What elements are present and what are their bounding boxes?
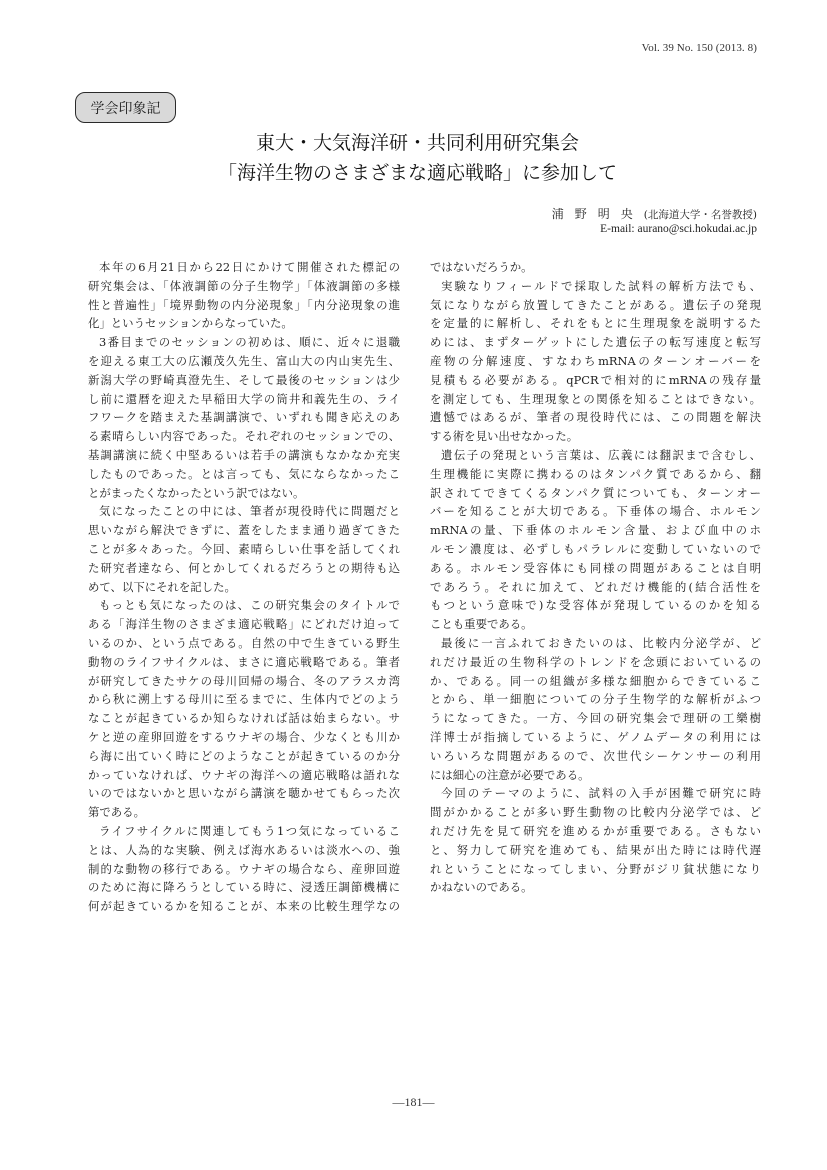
body-text-line: 基調講演に続く中堅あるいは若手の講演もなかなか充実 (88, 446, 400, 465)
body-text-line: 産物の分解速度、すなわちmRNAのターンオーバーを (430, 352, 761, 371)
body-text-line: ではないだろうか。 (430, 258, 761, 277)
body-text-line: ことが多々あった。今回、素晴らしい仕事を話してくれ (88, 540, 400, 559)
body-text-line: 研究集会は、「体液調節の分子生物学」「体液調節の多様 (88, 277, 400, 296)
body-text-line: 気になりながら放置してきたことがある。遺伝子の発現 (430, 296, 761, 315)
body-text-line: 今回のテーマのように、試料の入手が困難で研究に時 (430, 784, 761, 803)
body-text-line: 何が起きているかを知ることが、本来の比較生理学なの (88, 897, 400, 916)
body-text-line: うになってきた。一方、今回の研究集会で理研の工樂樹 (430, 709, 761, 728)
body-text-line: し前に還暦を迎えた早稲田大学の筒井和義先生の、ライ (88, 390, 400, 409)
body-text-line: れということになってしまい、分野がジリ貧状態になり (430, 860, 761, 879)
body-text-line: とがまったくなかったという訳ではない。 (88, 484, 400, 503)
body-text-line: ルモン濃度は、必ずしもパラレルに変動していないので (430, 540, 761, 559)
body-text-line: めには、まずターゲットにした遺伝子の転写速度と転写 (430, 333, 761, 352)
body-text-line: 制的な動物の移行である。ウナギの場合なら、産卵回遊 (88, 860, 400, 879)
body-text-line: いのではないかと思いながら講演を聴かせてもらった次 (88, 784, 400, 803)
body-text-line: ある「海洋生物のさまざま適応戦略」にどれだけ迫って (88, 615, 400, 634)
body-text-line: れだけ最近の生物科学のトレンドを念頭においているの (430, 653, 761, 672)
body-left-column: 本年の6月21日から22日にかけて開催された標記の研究集会は、「体液調節の分子生… (88, 258, 400, 916)
body-text-line: 気になったことの中には、筆者が現役時代に問題だと (88, 502, 400, 521)
body-text-line: れだけ先を見て研究を進めるかが重要である。さもない (430, 822, 761, 841)
body-right-column: ではないだろうか。実験なりフィールドで採取した試料の解析方法でも、気になりながら… (430, 258, 761, 897)
body-text-line: したものであった。とは言っても、気にならなかったこ (88, 465, 400, 484)
body-text-line: を迎える東工大の広瀬茂久先生、富山大の内山実先生、 (88, 352, 400, 371)
body-text-line: と、努力して研究を進めても、結果が出た時には時代遅 (430, 841, 761, 860)
body-text-line: いるのか、という点である。自然の中で生きている野生 (88, 634, 400, 653)
body-text-line: 実験なりフィールドで採取した試料の解析方法でも、 (430, 277, 761, 296)
body-text-line: 間がかかることが多い野生動物の比較内分泌学では、ど (430, 803, 761, 822)
body-text-line: 遺伝子の発現という言葉は、広義には翻訳まで含むし、 (430, 446, 761, 465)
category-badge-label: 学会印象記 (91, 98, 161, 118)
body-text-line: ケと逆の産卵回遊をするウナギの場合、少なくとも川か (88, 728, 400, 747)
body-text-line: とから、単一細胞についての分子生物学的な解析がふつ (430, 690, 761, 709)
body-text-line: か、である。同一の組織が多様な細胞からできているこ (430, 672, 761, 691)
body-text-line: 動物のライフサイクルは、まさに適応戦略である。筆者 (88, 653, 400, 672)
author-email: E-mail: aurano@sci.hokudai.ac.jp (600, 223, 757, 235)
body-text-line: もつという意味で)な受容体が発現しているのかを知る (430, 596, 761, 615)
body-text-line: る素晴らしい内容であった。それぞれのセッションでの、 (88, 427, 400, 446)
body-text-line: には細心の注意が必要である。 (430, 766, 761, 785)
body-text-line: ライフサイクルに関連してもう1つ気になっているこ (88, 822, 400, 841)
body-text-line: いろいろな問題があるので、次世代シーケンサーの利用 (430, 747, 761, 766)
body-text-line: する術を見い出せなかった。 (430, 427, 761, 446)
body-text-line: 新潟大学の野崎真澄先生、そして最後のセッションは少 (88, 371, 400, 390)
body-text-line: ら海に出ていく時にどのようなことが起きているのか分 (88, 747, 400, 766)
body-text-line: を定量的に解析し、それをもとに生理現象を説明するた (430, 314, 761, 333)
body-text-line: から秋に溯上する母川に至るまでに、生体内でどのよう (88, 690, 400, 709)
author-name: 浦野明央 (552, 207, 644, 221)
body-text-line: 訳されてできてくるタンパク質についても、ターンオー (430, 484, 761, 503)
body-text-line: 見積もる必要がある。qPCRで相対的にmRNAの残存量 (430, 371, 761, 390)
body-text-line: であろう。それに加えて、どれだけ機能的(結合活性を (430, 578, 761, 597)
body-text-line: 洋博士が指摘しているように、ゲノムデータの利用には (430, 728, 761, 747)
body-text-line: なことが起きているか知らなければ話は始まらない。サ (88, 709, 400, 728)
body-text-line: 生理機能に実際に携わるのはタンパク質であるから、翻 (430, 465, 761, 484)
author-byline: 浦野明央(北海道大学・名誉教授) (552, 205, 757, 222)
body-text-line: フワークを踏まえた基調講演で、いずれも聞き応えのあ (88, 408, 400, 427)
body-text-line: 思いながら解決できずに、蓋をしたまま通り過ぎてきた (88, 521, 400, 540)
category-badge: 学会印象記 (75, 92, 176, 123)
page-number: —181— (0, 1095, 827, 1110)
body-text-line: バーを知ることが大切である。下垂体の場合、ホルモン (430, 502, 761, 521)
body-text-line: 第である。 (88, 803, 400, 822)
body-text-line: 遺憾ではあるが、筆者の現役時代には、この問題を解決 (430, 408, 761, 427)
body-text-line: とは、人為的な実験、例えば海水あるいは淡水への、強 (88, 841, 400, 860)
article-title-line-1: 東大・大気海洋研・共同利用研究集会 (0, 128, 827, 155)
body-text-line: 性と普遍性」「境界動物の内分泌現象」「内分泌現象の進 (88, 296, 400, 315)
author-affiliation: (北海道大学・名誉教授) (644, 209, 757, 221)
body-text-line: 本年の6月21日から22日にかけて開催された標記の (88, 258, 400, 277)
body-text-line: 化」というセッションからなっていた。 (88, 314, 400, 333)
body-text-line: もっとも気になったのは、この研究集会のタイトルで (88, 596, 400, 615)
body-text-line: た研究者達なら、何とかしてくれるだろうとの期待も込 (88, 559, 400, 578)
body-text-line: めて、以下にそれを記した。 (88, 578, 400, 597)
body-text-line: ある。ホルモン受容体にも同様の問題があることは自明 (430, 559, 761, 578)
body-text-line: のために海に降ろうとしている時に、浸透圧調節機構に (88, 878, 400, 897)
body-text-line: を測定しても、生理現象との関係を知ることはできない。 (430, 390, 761, 409)
body-text-line: が研究してきたサケの母川回帰の場合、冬のアラスカ湾 (88, 672, 400, 691)
journal-volume-header: Vol. 39 No. 150 (2013. 8) (642, 42, 757, 54)
body-text-line: ことも重要である。 (430, 615, 761, 634)
body-text-line: 3番目までのセッションの初めは、順に、近々に退職 (88, 333, 400, 352)
body-text-line: 最後に一言ふれておきたいのは、比較内分泌学が、ど (430, 634, 761, 653)
article-title-line-2: 「海洋生物のさまざまな適応戦略」に参加して (0, 158, 827, 185)
body-text-line: かっていなければ、ウナギの海洋への適応戦略は語れな (88, 766, 400, 785)
body-text-line: mRNAの量、下垂体のホルモン含量、および血中のホ (430, 521, 761, 540)
body-text-line: かねないのである。 (430, 878, 761, 897)
